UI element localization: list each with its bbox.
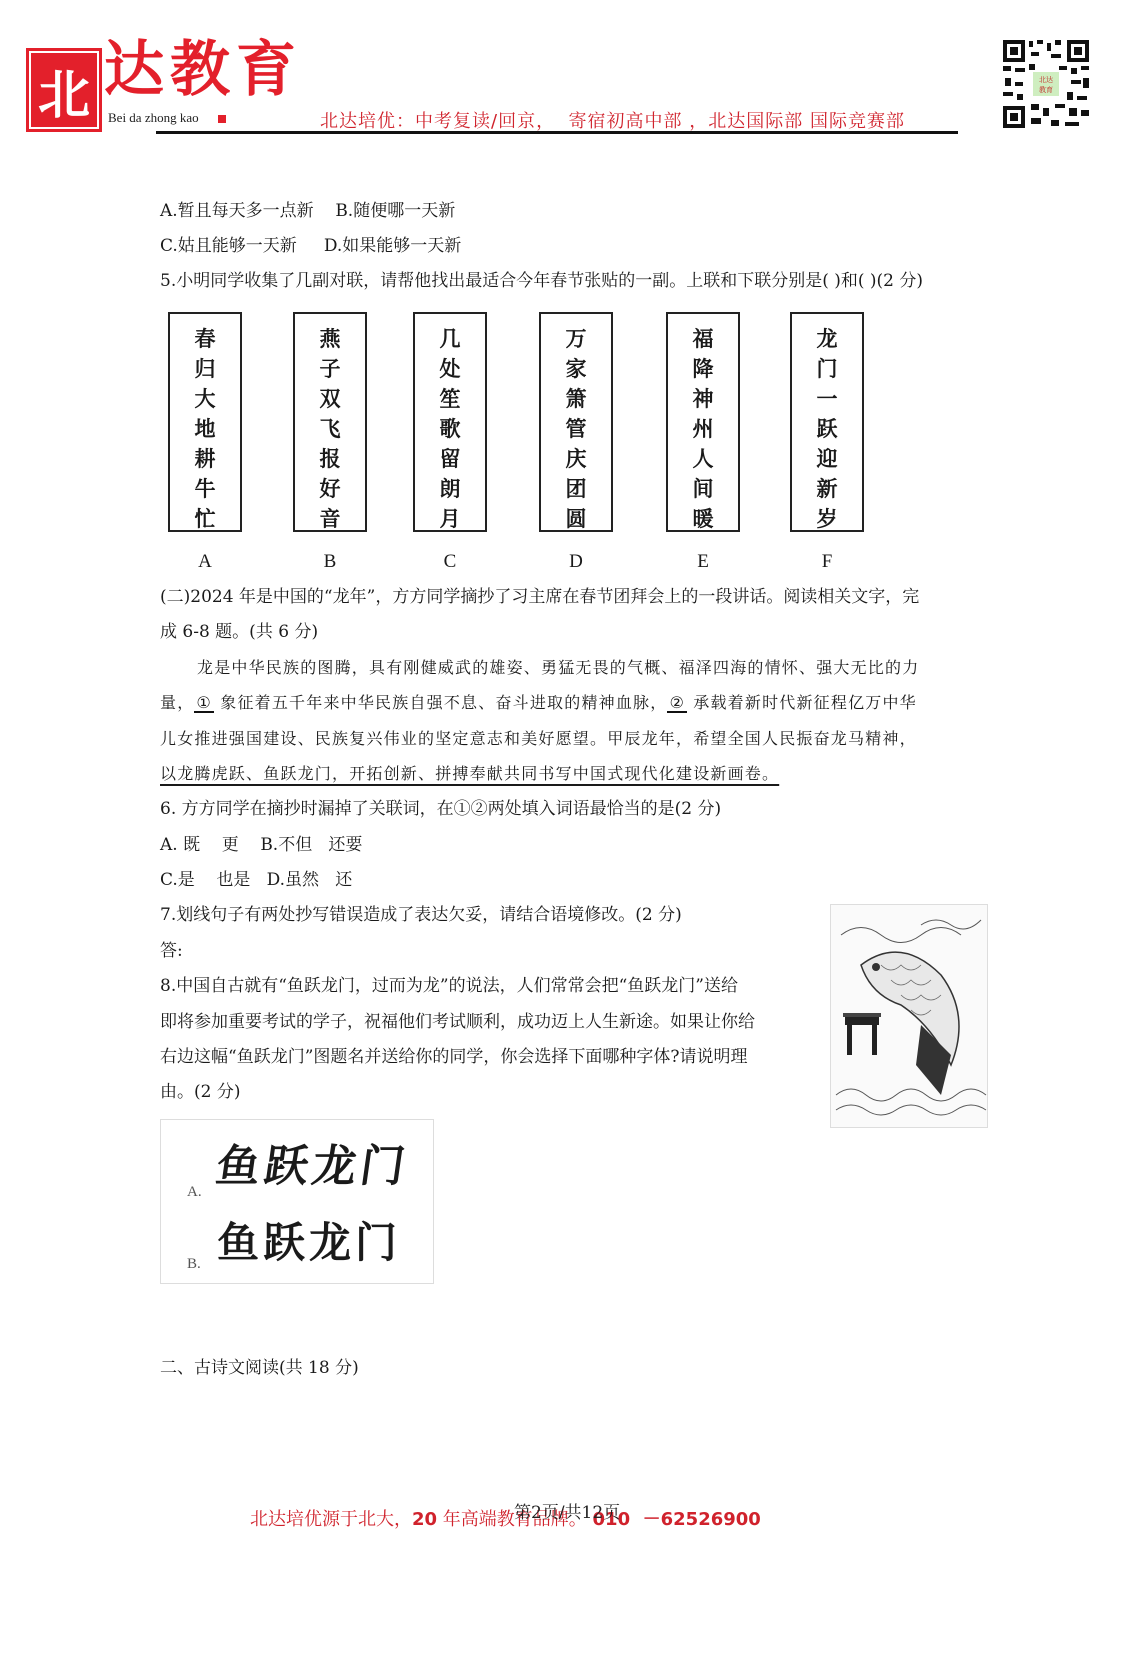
couplet-char: 龙 [817,324,838,354]
couplet-char: 双 [320,384,341,414]
couplet-label-d: D [539,551,613,573]
section2-intro-line1: (二)2024 年是中国的“龙年”，方方同学摘抄了习主席在春节团拜会上的一段讲话… [160,589,919,606]
couplet-char: 庆 [566,444,587,474]
qr-code-icon: 北达 教育 [1001,38,1091,130]
couplet-char: 月 [440,504,461,534]
couplet-char: 牛 [195,474,216,504]
couplet-f: 龙 门 一 跃 迎 新 岁 [790,312,864,532]
couplet-char: 几 [440,324,461,354]
blank-1: ① [194,695,214,713]
couplet-char: 一 [817,384,838,414]
passage-line3: 儿女推进强国建设、民族复兴伟业的坚定意志和美好愿望。甲辰龙年，希望全国人民振奋龙… [160,731,917,747]
couplet-char: 朗 [440,474,461,504]
logo-subtitle: Bei da zhong kao [108,110,199,126]
q8-line4: 由。(2 分) [160,1084,240,1101]
q7-answer-label: 答: [160,943,183,960]
couplet-char: 大 [195,384,216,414]
footer-slogan: 北达培优源于北大，20 年高端教育品牌。 010 －62526900 [250,1505,761,1531]
couplet-char: 降 [693,354,714,384]
couplet-char: 门 [817,354,838,384]
q4-option-a: A.暂且每天多一点新 [160,201,314,221]
passage-text: 量， [160,693,194,712]
couplet-char: 歌 [440,414,461,444]
couplet-char: 归 [195,354,216,384]
couplet-char: 间 [693,474,714,504]
couplet-char: 子 [320,354,341,384]
couplet-char: 箫 [566,384,587,414]
logo-text: 达教育 [104,40,302,100]
couplet-char: 留 [440,444,461,474]
q6-options-row1: A. 既 更 B.不但 还要 [160,837,362,854]
couplet-char: 圆 [566,504,587,534]
couplet-char: 新 [817,474,838,504]
passage-line2: 量，① 象征着五千年来中华民族自强不息、奋斗进取的精神血脉，② 承载着新时代新征… [160,695,917,713]
svg-text:北达: 北达 [1039,75,1053,84]
svg-text:教育: 教育 [1039,85,1053,94]
couplet-char: 报 [320,444,341,474]
couplet-char: 地 [195,414,216,444]
q8-line2: 即将参加重要考试的学子，祝福他们考试顺利，成功迈上人生新途。如果让你给 [160,1014,755,1031]
q8-line3: 右边这幅“鱼跃龙门”图题名并送给你的同学，你会选择下面哪种字体?请说明理 [160,1049,748,1066]
font-options-image: A. 鱼跃龙门 B. 鱼跃龙门 [160,1119,434,1284]
blank-2: ② [667,695,687,713]
page-number: 第2页/共12页 [514,1498,620,1523]
passage-text: 象征着五千年来中华民族自强不息、奋斗进取的精神血脉， [214,693,668,712]
couplet-label-e: E [666,551,740,573]
couplet-char: 忙 [195,504,216,534]
couplet-label-c: C [413,551,487,573]
q4-options-row1: A.暂且每天多一点新 B.随便哪一天新 [160,203,455,220]
q6-options-row2: C.是 也是 D.虽然 还 [160,872,352,889]
q7-prompt: 7.划线句子有两处抄写错误造成了表达欠妥，请结合语境修改。(2 分) [160,907,682,924]
couplet-char: 神 [693,384,714,414]
passage-underlined-sentence: 以龙腾虎跃、鱼跃龙门，开拓创新、拼搏奉献共同书写中国式现代化建设新画卷。 [160,766,779,782]
couplet-a: 春 归 大 地 耕 牛 忙 [168,312,242,532]
font-option-a-calligraphy: 鱼跃龙门 [213,1130,414,1194]
logo-square-icon [218,115,226,123]
font-option-b-clerical: 鱼跃龙门 [217,1210,401,1270]
couplet-char: 管 [566,414,587,444]
font-option-b-label: B. [187,1256,201,1273]
couplet-char: 处 [440,354,461,384]
couplet-char: 好 [320,474,341,504]
logo-mark: 北 [26,48,102,132]
couplet-char: 飞 [320,414,341,444]
couplet-char: 州 [693,414,714,444]
couplet-b: 燕 子 双 飞 报 好 音 [293,312,367,532]
couplet-label-f: F [790,551,864,573]
couplet-char: 福 [693,324,714,354]
fish-leaping-dragon-gate-image [830,904,988,1128]
logo-char: 北 [38,53,90,128]
couplet-char: 燕 [320,324,341,354]
couplet-char: 暖 [693,504,714,534]
couplet-char: 人 [693,444,714,474]
passage-text: 承载着新时代新征程亿万中华 [687,693,917,712]
couplet-char: 万 [566,324,587,354]
q4-option-d: D.如果能够一天新 [324,236,461,256]
couplet-char: 迎 [817,444,838,474]
couplet-label-b: B [293,551,367,573]
couplet-char: 音 [320,504,341,534]
q4-options-row2: C.姑且能够一天新 D.如果能够一天新 [160,238,461,255]
q4-option-b: B.随便哪一天新 [335,201,455,221]
header-slogan: 北达培优：中考复读/回京， 寄宿初高中部 ，北达国际部 国际竞赛部 [320,107,905,133]
footer-years: 20 [412,1509,437,1530]
passage-line1: 龙是中华民族的图腾，具有刚健威武的雄姿、勇猛无畏的气概、福泽四海的情怀、强大无比… [197,660,919,676]
couplet-char: 团 [566,474,587,504]
couplet-char: 笙 [440,384,461,414]
couplet-c: 几 处 笙 歌 留 朗 月 [413,312,487,532]
q5-prompt: 5.小明同学收集了几副对联，请帮他找出最适合今年春节张贴的一副。上联和下联分别是… [160,273,923,290]
couplet-char: 岁 [817,504,838,534]
couplet-char: 跃 [817,414,838,444]
q8-line1: 8.中国自古就有“鱼跃龙门，过而为龙”的说法，人们常常会把“鱼跃龙门”送给 [160,978,738,995]
couplet-char: 耕 [195,444,216,474]
couplet-char: 春 [195,324,216,354]
couplet-e: 福 降 神 州 人 间 暖 [666,312,740,532]
q6-prompt: 6. 方方同学在摘抄时漏掉了关联词，在①②两处填入词语最恰当的是(2 分) [160,801,721,818]
section2-intro-line2: 成 6-8 题。(共 6 分) [160,624,318,641]
couplet-d: 万 家 箫 管 庆 团 圆 [539,312,613,532]
section-ancient-title: 二、古诗文阅读(共 18 分) [160,1360,359,1377]
header-divider [156,131,958,134]
couplet-char: 家 [566,354,587,384]
font-option-a-label: A. [187,1184,202,1201]
footer-text: 北达培优源于北大， [250,1509,412,1530]
q4-option-c: C.姑且能够一天新 [160,236,297,256]
couplet-label-a: A [168,551,242,573]
